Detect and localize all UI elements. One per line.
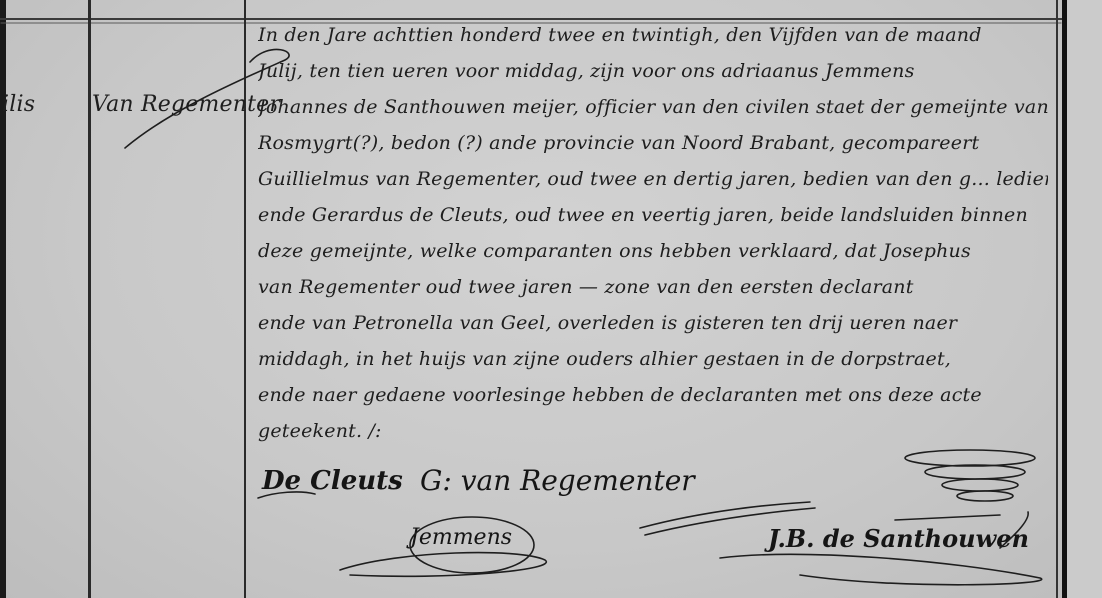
signature-de-cleuts: De Cleuts	[262, 466, 403, 496]
body-line: In den Jare achttien honderd twee en twi…	[258, 24, 1048, 46]
margin-given-name: ilis	[2, 92, 35, 117]
body-line: middagh, in het huijs van zijne ouders a…	[258, 348, 1048, 370]
body-line: ende naer gedaene voorlesinge hebben de …	[258, 384, 1048, 406]
column-rule-1	[88, 0, 91, 598]
signature-van-regementer: G: van Regementer	[420, 464, 695, 497]
body-line: geteekent. /:	[258, 420, 1048, 442]
column-rule-2	[244, 0, 246, 598]
body-line: deze gemeijnte, welke comparanten ons he…	[258, 240, 1048, 262]
signature-de-santhouwen: J.B. de Santhouwen	[768, 524, 1029, 553]
body-line: Rosmygrt(?), bedon (?) ande provincie va…	[258, 132, 1048, 154]
signature-jemmens: Jemmens	[410, 525, 512, 550]
document-page: ilis Van Regementer In den Jare achttien…	[0, 0, 1102, 598]
body-line: van Regementer oud twee jaren — zone van…	[258, 276, 1048, 298]
margin-surname: Van Regementer	[92, 92, 280, 117]
column-rule-3	[1056, 0, 1058, 598]
right-margin	[1067, 0, 1102, 598]
body-line: Julij, ten tien ueren voor middag, zijn …	[258, 60, 1048, 82]
body-line: ende Gerardus de Cleuts, oud twee en vee…	[258, 204, 1048, 226]
body-line: Johannes de Santhouwen meijer, officier …	[258, 96, 1048, 118]
body-line: ende van Petronella van Geel, overleden …	[258, 312, 1048, 334]
header-rule	[0, 18, 1062, 20]
scan-edge	[0, 0, 6, 598]
body-line: Guillielmus van Regementer, oud twee en …	[258, 168, 1048, 190]
signature-flourishes	[0, 0, 1102, 598]
